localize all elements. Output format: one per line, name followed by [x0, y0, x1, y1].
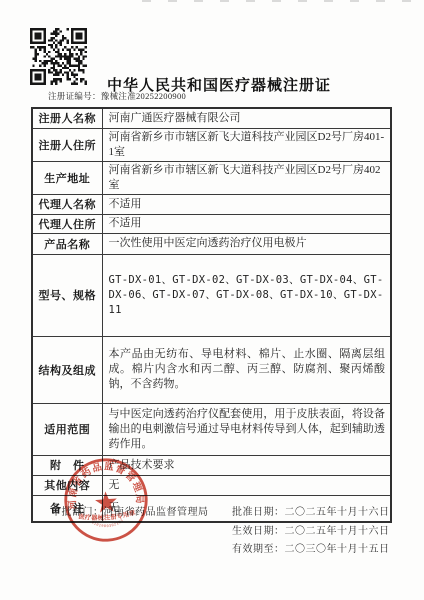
row-value: 河南省新乡市市辖区新飞大道科技产业园区D2号厂房401-1室 [102, 128, 391, 161]
table-row: 产品名称 一次性使用中医定向透药治疗仪用电极片 [32, 233, 391, 254]
table-row: 生产地址 河南省新乡市市辖区新飞大道科技产业园区D2号厂房402室 [32, 161, 391, 194]
row-value: 一次性使用中医定向透药治疗仪用电极片 [102, 233, 391, 254]
row-value: 不适用 [102, 194, 391, 214]
row-value: 河南省新乡市市辖区新飞大道科技产业园区D2号厂房402室 [102, 161, 391, 194]
registration-number: 注册证编号：豫械注准20252200900 [48, 90, 186, 102]
row-value: 本产品由无纺布、导电材料、棉片、止水圈、隔离层组成。棉片内含水和丙二醇、丙三醇、… [102, 336, 391, 403]
row-label: 产品名称 [32, 233, 102, 254]
row-value: 与中医定向透药治疗仪配套使用，用于皮肤表面，将设备输出的电刺激信号通过导电材料传… [102, 403, 391, 455]
table-row: 代理人名称 不适用 [32, 194, 391, 214]
table-row: 代理人住所 不适用 [32, 214, 391, 233]
approval-date: 批准日期：二〇二五年十月十六日 [232, 503, 390, 518]
row-label: 适用范围 [32, 403, 102, 455]
row-label: 代理人名称 [32, 194, 102, 214]
effective-date: 生效日期：二〇二五年十月十六日 [232, 522, 390, 537]
table-row: 结构及组成 本产品由无纺布、导电材料、棉片、止水圈、隔离层组成。棉片内含水和丙二… [32, 336, 391, 403]
row-label: 型号、规格 [32, 254, 102, 336]
row-label: 结构及组成 [32, 336, 102, 403]
row-value: GT-DX-01、GT-DX-02、GT-DX-03、GT-DX-04、GT-D… [102, 254, 391, 336]
table-row: 适用范围 与中医定向透药治疗仪配套使用，用于皮肤表面，将设备输出的电刺激信号通过… [32, 403, 391, 455]
row-label: 注册人住所 [32, 128, 102, 161]
row-label: 生产地址 [32, 161, 102, 194]
date-block: 批准日期：二〇二五年十月十六日 生效日期：二〇二五年十月十六日 有效期至：二〇三… [232, 503, 390, 559]
scan-edge-artifact [142, 0, 424, 2]
row-label: 代理人住所 [32, 214, 102, 233]
row-value: 河南广通医疗器械有限公司 [102, 108, 391, 128]
seal-star [95, 491, 118, 513]
row-value: 不适用 [102, 214, 391, 233]
table-row: 注册人住所 河南省新乡市市辖区新飞大道科技产业园区D2号厂房401-1室 [32, 128, 391, 161]
seal-subtitle: 医疗器械注册专用章 [77, 507, 137, 523]
table-row: 型号、规格 GT-DX-01、GT-DX-02、GT-DX-03、GT-DX-0… [32, 254, 391, 336]
row-label: 注册人名称 [32, 108, 102, 128]
svg-text:医疗器械注册专用章: 医疗器械注册专用章 [77, 507, 137, 523]
official-red-seal: 河南省药品监督管理局 医疗器械注册专用章 4101980302103 [58, 452, 154, 548]
expiry-date: 有效期至：二〇三〇年十月十五日 [232, 540, 390, 555]
certificate-page: 中华人民共和国医疗器械注册证 注册证编号：豫械注准20252200900 注册人… [0, 0, 424, 600]
table-row: 注册人名称 河南广通医疗器械有限公司 [32, 108, 391, 128]
